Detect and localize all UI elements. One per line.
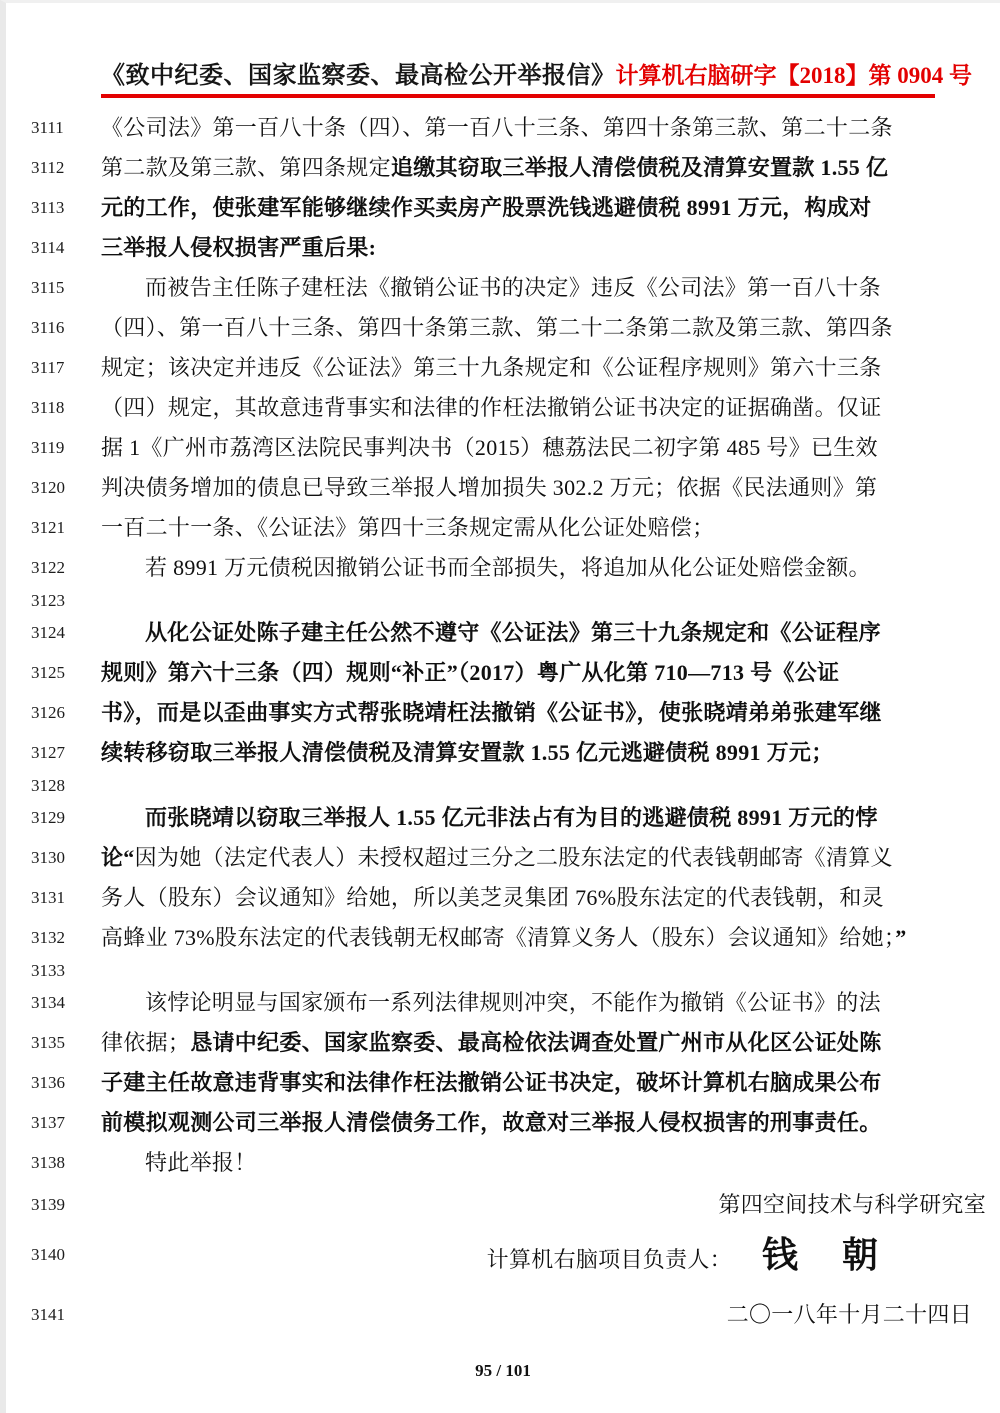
text-segment: 子建主任故意违背事实和法律作枉法撤销公证书决定，破坏计算机右脑成果公布 <box>101 1070 882 1095</box>
text-segment: 第二款及第三款、第四条规定 <box>101 155 391 180</box>
line-text: 一百二十一条、《公证法》第四十三条规定需从化公证处赔偿； <box>101 508 1000 548</box>
line-text: 规定；该决定并违反《公证法》第三十九条规定和《公证程序规则》第六十三条 <box>101 348 1000 388</box>
line-number: 3115 <box>6 268 101 308</box>
line-text: 若 8991 万元债税因撤销公证书而全部损失，将追加从化公证处赔偿金额。 <box>101 548 1000 588</box>
document-header: 《致中纪委、国家监察委、最高检公开举报信》 计算机右脑研字【2018】第 090… <box>101 55 935 98</box>
line-text: 据 1《广州市荔湾区法院民事判决书（2015）穗荔法民二初字第 485 号》已生… <box>101 428 1000 468</box>
text-segment: 而张晓靖以窃取三举报人 1.55 亿元非法占有为目的逃避债税 8991 万元的悖 <box>145 805 878 830</box>
text-segment: 务人（股东）会议通知》给她，所以美芝灵集团 76%股东法定的代表钱朝，和灵 <box>101 885 884 910</box>
line-text: 特此举报！ <box>101 1143 1000 1183</box>
document-line: 3131务人（股东）会议通知》给她，所以美芝灵集团 76%股东法定的代表钱朝，和… <box>6 878 1000 918</box>
line-text: 元的工作，使张建军能够继续作买卖房产股票洗钱逃避债税 8991 万元，构成对 <box>101 188 1000 228</box>
document-line: 3111《公司法》第一百八十条（四）、第一百八十三条、第四十条第三款、第二十二条 <box>6 108 1000 148</box>
document-line: 3125规则》第六十三条（四）规则“补正”（2017）粤广从化第 710—713… <box>6 653 1000 693</box>
line-number: 3132 <box>6 918 101 958</box>
document-line: 3117规定；该决定并违反《公证法》第三十九条规定和《公证程序规则》第六十三条 <box>6 348 1000 388</box>
line-number: 3121 <box>6 508 101 548</box>
line-number: 3119 <box>6 428 101 468</box>
text-segment: 从化公证处陈子建主任公然不遵守《公证法》第三十九条规定和《公证程序 <box>145 620 881 645</box>
document-line: 3120判决债务增加的债息已导致三举报人增加损失 302.2 万元；依据《民法通… <box>6 468 1000 508</box>
document-line: 3122若 8991 万元债税因撤销公证书而全部损失，将追加从化公证处赔偿金额。 <box>6 548 1000 588</box>
line-number: 3137 <box>6 1103 101 1143</box>
text-segment: 前模拟观测公司三举报人清偿债务工作，故意对三举报人侵权损害的刑事责任。 <box>101 1110 882 1135</box>
line-number: 3139 <box>6 1183 101 1227</box>
line-text: 前模拟观测公司三举报人清偿债务工作，故意对三举报人侵权损害的刑事责任。 <box>101 1103 1000 1143</box>
document-line: 3137前模拟观测公司三举报人清偿债务工作，故意对三举报人侵权损害的刑事责任。 <box>6 1103 1000 1143</box>
line-text: 规则》第六十三条（四）规则“补正”（2017）粤广从化第 710—713 号《公… <box>101 653 1000 693</box>
signature-name: 钱 朝 <box>762 1234 882 1276</box>
document-line: 3132高蜂业 73%股东法定的代表钱朝无权邮寄《清算义务人（股东）会议通知》给… <box>6 918 1000 958</box>
document-line: 3113元的工作，使张建军能够继续作买卖房产股票洗钱逃避债税 8991 万元，构… <box>6 188 1000 228</box>
text-segment: 计算机右脑项目负责人： <box>487 1247 732 1272</box>
line-text: 务人（股东）会议通知》给她，所以美芝灵集团 76%股东法定的代表钱朝，和灵 <box>101 878 1000 918</box>
line-number: 3129 <box>6 798 101 838</box>
line-text: 判决债务增加的债息已导致三举报人增加损失 302.2 万元；依据《民法通则》第 <box>101 468 1000 508</box>
line-number: 3131 <box>6 878 101 918</box>
text-segment: 二〇一八年十月二十四日 <box>727 1302 972 1327</box>
document-line: 3119据 1《广州市荔湾区法院民事判决书（2015）穗荔法民二初字第 485 … <box>6 428 1000 468</box>
text-segment: 《公司法》第一百八十条（四）、第一百八十三条、第四十条第三款、第二十二条 <box>101 115 893 140</box>
document-line: 3130论“因为她（法定代表人）未授权超过三分之二股东法定的代表钱朝邮寄《清算义 <box>6 838 1000 878</box>
document-page: 《致中纪委、国家监察委、最高检公开举报信》 计算机右脑研字【2018】第 090… <box>0 0 1000 1413</box>
line-text: （四）规定，其故意违背事实和法律的作枉法撤销公证书决定的证据确凿。仅证 <box>101 388 1000 428</box>
text-segment: 书》，而是以歪曲事实方式帮张晓靖枉法撤销《公证书》，使张晓靖弟弟张建军继 <box>101 700 882 725</box>
document-line: 3128 <box>6 773 1000 798</box>
text-segment: 而被告主任陈子建枉法《撤销公证书的决定》违反《公司法》第一百八十条 <box>145 275 881 300</box>
document-body: 3111《公司法》第一百八十条（四）、第一百八十三条、第四十条第三款、第二十二条… <box>6 108 1000 1347</box>
line-number: 3124 <box>6 613 101 653</box>
document-line: 3140计算机右脑项目负责人：钱 朝 <box>6 1227 1000 1283</box>
text-segment: 论“ <box>101 845 135 870</box>
text-segment: 三举报人侵权损害严重后果: <box>101 235 376 260</box>
line-text: 论“因为她（法定代表人）未授权超过三分之二股东法定的代表钱朝邮寄《清算义 <box>101 838 1000 878</box>
text-segment: 规定；该决定并违反《公证法》第三十九条规定和《公证程序规则》第六十三条 <box>101 355 882 380</box>
text-segment: 律依据； <box>101 1030 190 1055</box>
document-line: 3126书》，而是以歪曲事实方式帮张晓靖枉法撤销《公证书》，使张晓靖弟弟张建军继 <box>6 693 1000 733</box>
line-text: 《公司法》第一百八十条（四）、第一百八十三条、第四十条第三款、第二十二条 <box>101 108 1000 148</box>
text-segment: 追缴其窃取三举报人清偿债税及清算安置款 1.55 亿 <box>391 155 888 180</box>
document-line: 3136子建主任故意违背事实和法律作枉法撤销公证书决定，破坏计算机右脑成果公布 <box>6 1063 1000 1103</box>
line-number: 3118 <box>6 388 101 428</box>
line-text: 子建主任故意违背事实和法律作枉法撤销公证书决定，破坏计算机右脑成果公布 <box>101 1063 1000 1103</box>
line-number: 3138 <box>6 1143 101 1183</box>
line-text: 计算机右脑项目负责人：钱 朝 <box>101 1227 1000 1283</box>
line-number: 3128 <box>6 773 101 798</box>
line-number: 3122 <box>6 548 101 588</box>
line-text: 二〇一八年十月二十四日 <box>101 1283 1000 1347</box>
text-segment: 特此举报！ <box>145 1150 257 1175</box>
line-number: 3140 <box>6 1227 101 1283</box>
text-segment: 判决债务增加的债息已导致三举报人增加损失 302.2 万元；依据《民法通则》第 <box>101 475 877 500</box>
document-line: 3135律依据；恳请中纪委、国家监察委、最高检依法调查处置广州市从化区公证处陈 <box>6 1023 1000 1063</box>
line-number: 3134 <box>6 983 101 1023</box>
line-text: 而被告主任陈子建枉法《撤销公证书的决定》违反《公司法》第一百八十条 <box>101 268 1000 308</box>
line-text: 而张晓靖以窃取三举报人 1.55 亿元非法占有为目的逃避债税 8991 万元的悖 <box>101 798 1000 838</box>
text-segment: ” <box>895 925 906 950</box>
line-number: 3116 <box>6 308 101 348</box>
line-text: 从化公证处陈子建主任公然不遵守《公证法》第三十九条规定和《公证程序 <box>101 613 1000 653</box>
line-number: 3125 <box>6 653 101 693</box>
document-line: 3138特此举报！ <box>6 1143 1000 1183</box>
text-segment: 因为她（法定代表人）未授权超过三分之二股东法定的代表钱朝邮寄《清算义 <box>135 845 893 870</box>
line-text <box>101 588 1000 613</box>
line-text: （四）、第一百八十三条、第四十条第三款、第二十二条第二款及第三款、第四条 <box>101 308 1000 348</box>
line-number: 3120 <box>6 468 101 508</box>
line-text <box>101 958 1000 983</box>
text-segment: 据 1《广州市荔湾区法院民事判决书（2015）穗荔法民二初字第 485 号》已生… <box>101 435 878 460</box>
line-number: 3127 <box>6 733 101 773</box>
text-segment: 续转移窃取三举报人清偿债税及清算安置款 1.55 亿元逃避债税 8991 万元； <box>101 740 834 765</box>
line-text: 书》，而是以歪曲事实方式帮张晓靖枉法撤销《公证书》，使张晓靖弟弟张建军继 <box>101 693 1000 733</box>
document-line: 3139第四空间技术与科学研究室 <box>6 1183 1000 1227</box>
document-line: 3134该悖论明显与国家颁布一系列法律规则冲突，不能作为撤销《公证书》的法 <box>6 983 1000 1023</box>
line-number: 3111 <box>6 108 101 148</box>
line-number: 3133 <box>6 958 101 983</box>
line-number: 3135 <box>6 1023 101 1063</box>
document-line: 3112第二款及第三款、第四条规定追缴其窃取三举报人清偿债税及清算安置款 1.5… <box>6 148 1000 188</box>
text-segment: 第四空间技术与科学研究室 <box>718 1192 986 1217</box>
line-text: 第四空间技术与科学研究室 <box>101 1183 1000 1227</box>
line-text: 三举报人侵权损害严重后果: <box>101 228 1000 268</box>
document-line: 3114三举报人侵权损害严重后果: <box>6 228 1000 268</box>
document-line: 3129而张晓靖以窃取三举报人 1.55 亿元非法占有为目的逃避债税 8991 … <box>6 798 1000 838</box>
line-text: 第二款及第三款、第四条规定追缴其窃取三举报人清偿债税及清算安置款 1.55 亿 <box>101 148 1000 188</box>
line-text: 该悖论明显与国家颁布一系列法律规则冲突，不能作为撤销《公证书》的法 <box>101 983 1000 1023</box>
page-indicator: 95 / 101 <box>475 1361 531 1380</box>
text-segment: （四）规定，其故意违背事实和法律的作枉法撤销公证书决定的证据确凿。仅证 <box>101 395 882 420</box>
document-line: 3124从化公证处陈子建主任公然不遵守《公证法》第三十九条规定和《公证程序 <box>6 613 1000 653</box>
line-text <box>101 773 1000 798</box>
document-line: 3116（四）、第一百八十三条、第四十条第三款、第二十二条第二款及第三款、第四条 <box>6 308 1000 348</box>
line-number: 3117 <box>6 348 101 388</box>
document-line: 3141二〇一八年十月二十四日 <box>6 1283 1000 1347</box>
document-title: 《致中纪委、国家监察委、最高检公开举报信》 <box>101 55 616 90</box>
line-number: 3126 <box>6 693 101 733</box>
document-line: 3123 <box>6 588 1000 613</box>
line-text: 律依据；恳请中纪委、国家监察委、最高检依法调查处置广州市从化区公证处陈 <box>101 1023 1000 1063</box>
text-segment: 规则》第六十三条（四）规则“补正”（2017）粤广从化第 710—713 号《公… <box>101 660 839 685</box>
text-segment: 元的工作，使张建军能够继续作买卖房产股票洗钱逃避债税 8991 万元，构成对 <box>101 195 871 220</box>
text-segment: 恳请中纪委、国家监察委、最高检依法调查处置广州市从化区公证处陈 <box>190 1030 881 1055</box>
line-number: 3130 <box>6 838 101 878</box>
line-number: 3136 <box>6 1063 101 1103</box>
text-segment: （四）、第一百八十三条、第四十条第三款、第二十二条第二款及第三款、第四条 <box>101 315 893 340</box>
text-segment: 一百二十一条、《公证法》第四十三条规定需从化公证处赔偿； <box>101 515 714 540</box>
line-text: 高蜂业 73%股东法定的代表钱朝无权邮寄《清算义务人（股东）会议通知》给她；” <box>101 918 1000 958</box>
line-number: 3114 <box>6 228 101 268</box>
document-line: 3121一百二十一条、《公证法》第四十三条规定需从化公证处赔偿； <box>6 508 1000 548</box>
line-number: 3141 <box>6 1283 101 1347</box>
document-line: 3115而被告主任陈子建枉法《撤销公证书的决定》违反《公司法》第一百八十条 <box>6 268 1000 308</box>
text-segment: 高蜂业 73%股东法定的代表钱朝无权邮寄《清算义务人（股东）会议通知》给她； <box>101 925 895 950</box>
line-number: 3123 <box>6 588 101 613</box>
line-text: 续转移窃取三举报人清偿债税及清算安置款 1.55 亿元逃避债税 8991 万元； <box>101 733 1000 773</box>
document-line: 3127续转移窃取三举报人清偿债税及清算安置款 1.55 亿元逃避债税 8991… <box>6 733 1000 773</box>
document-line: 3118（四）规定，其故意违背事实和法律的作枉法撤销公证书决定的证据确凿。仅证 <box>6 388 1000 428</box>
page-footer: 95 / 101 <box>6 1361 1000 1381</box>
line-number: 3112 <box>6 148 101 188</box>
text-segment: 该悖论明显与国家颁布一系列法律规则冲突，不能作为撤销《公证书》的法 <box>145 990 881 1015</box>
document-line: 3133 <box>6 958 1000 983</box>
line-number: 3113 <box>6 188 101 228</box>
text-segment: 若 8991 万元债税因撤销公证书而全部损失，将追加从化公证处赔偿金额。 <box>145 555 871 580</box>
document-ref-number: 计算机右脑研字【2018】第 0904 号 <box>616 57 973 90</box>
